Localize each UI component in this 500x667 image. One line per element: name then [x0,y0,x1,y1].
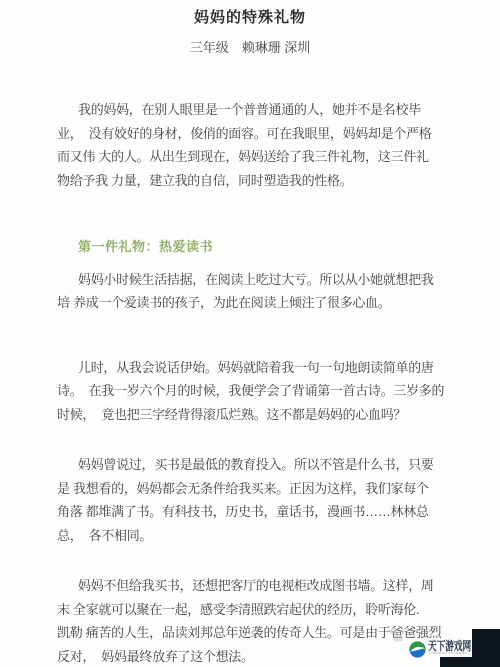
site-logo-icon [409,641,426,658]
byline: 三年级 赖琳珊 深圳 [0,40,500,56]
paw-icon [388,627,406,644]
document-page: 妈妈的特殊礼物 三年级 赖琳珊 深圳 我的妈妈，在别人眼里是一个普普通通的人，她… [0,0,500,667]
watermark-bottom-panel [440,657,500,667]
section-heading: 第一件礼物：热爱读书 [57,235,477,259]
article-body: 我的妈妈，在别人眼里是一个普普通通的人，她并不是名校毕 业， 没有姣好的身材，俊… [57,98,477,667]
page-title: 妈妈的特殊礼物 [0,0,500,26]
watermark-caption: TIANXIAYOUXIWANG [429,652,467,655]
paragraph: 妈妈曾说过，买书是最低的教育投入。所以不管是什么书，只要 是 我想看的，妈妈都会… [57,453,477,547]
paragraph: 我的妈妈，在别人眼里是一个普普通通的人，她并不是名校毕 业， 没有姣好的身材，俊… [57,98,477,192]
paragraph: 妈妈小时候生活拮据，在阅读上吃过大亏。所以从小她就想把我 培 养成一个爱读书的孩… [57,268,477,315]
watermark-site-name: 天下游戏网 [428,639,471,653]
paragraph: 儿时，从我会说话伊始。妈妈就陪着我一句一句地朗读简单的唐 诗。 在我一岁六个月的… [57,356,477,427]
